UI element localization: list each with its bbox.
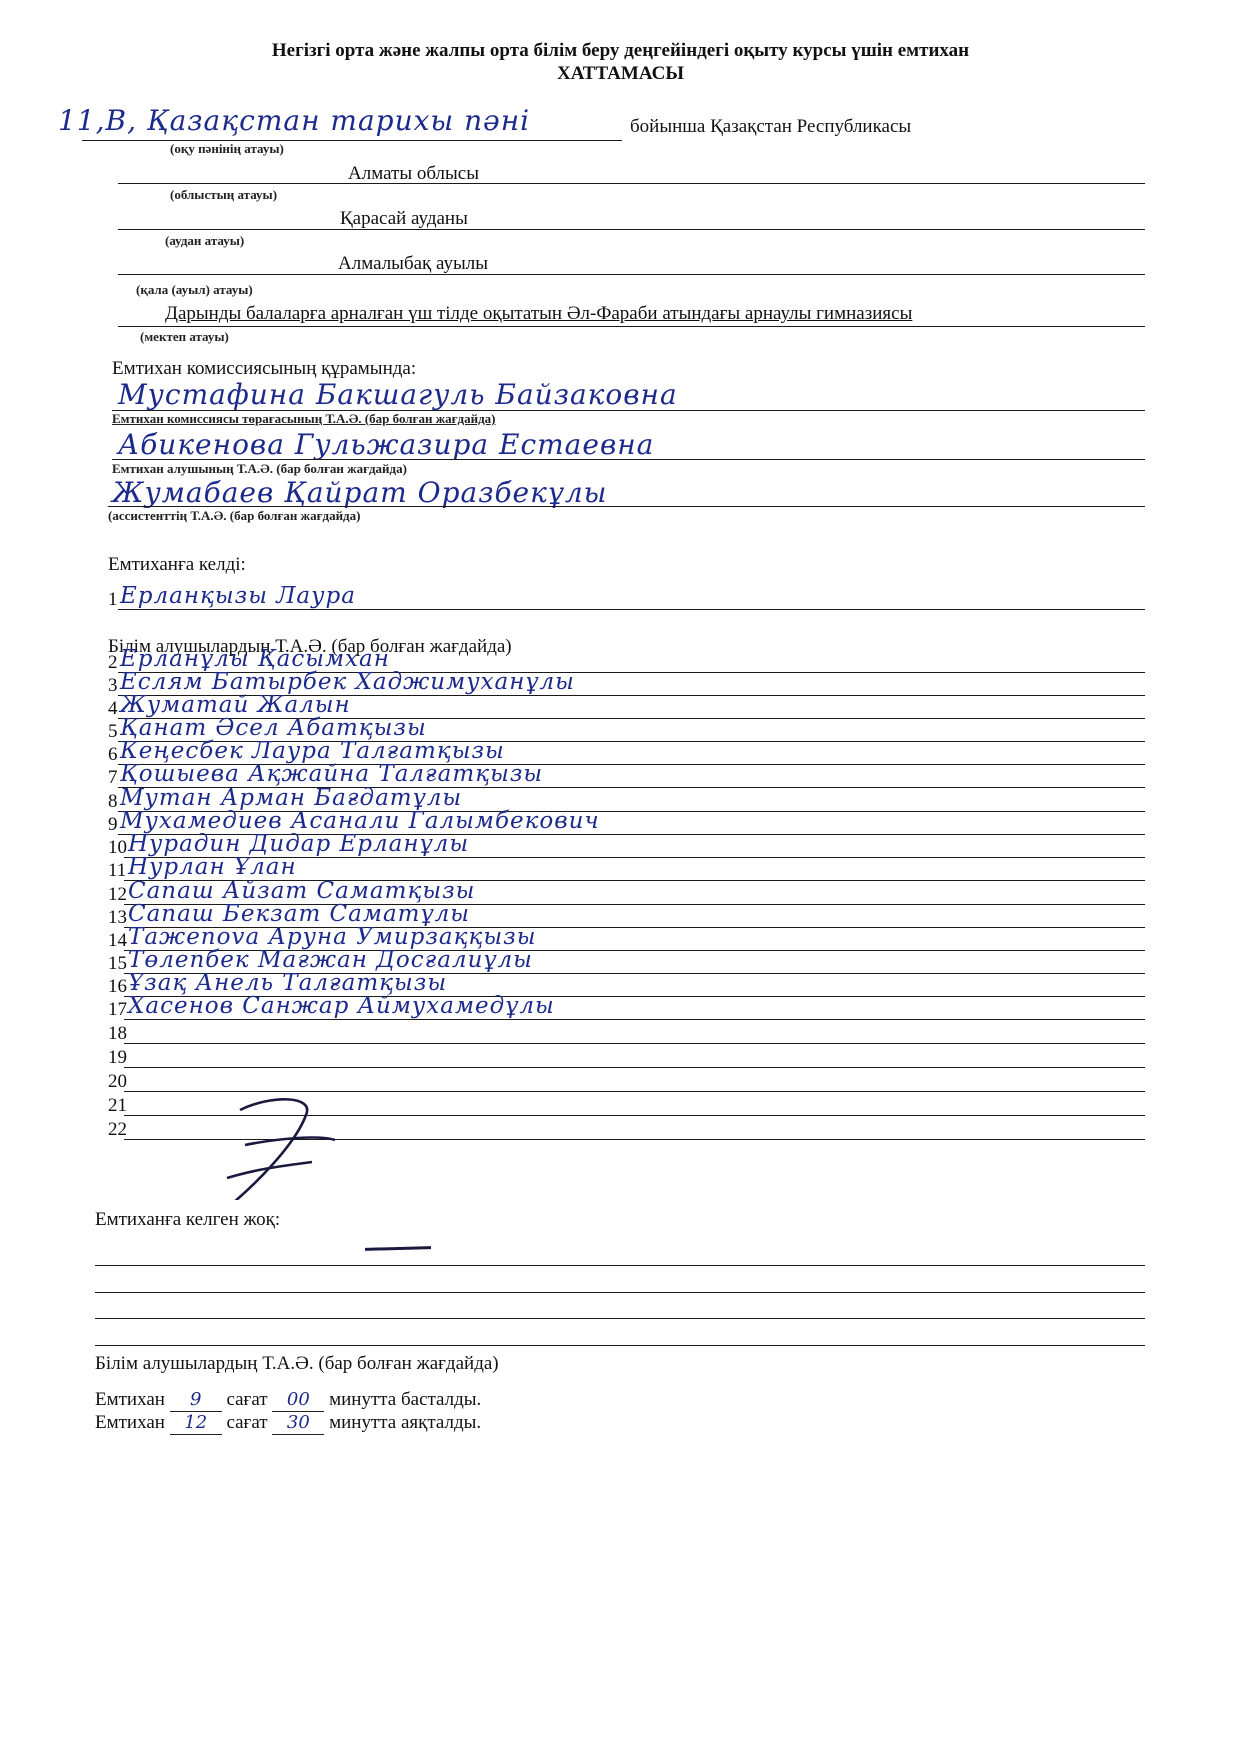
student-row-line — [118, 609, 1145, 610]
end-prefix: Емтихан — [95, 1412, 165, 1433]
absent-line-2 — [95, 1292, 1145, 1293]
locality-line — [118, 274, 1145, 275]
commission-heading: Емтихан комиссиясының құрамында: — [112, 358, 416, 380]
attended-heading: Емтиханға келді: — [108, 554, 246, 576]
student-row-line — [124, 1043, 1145, 1044]
start-time-row: Емтихан 9 сағат 00 минутта басталды. — [95, 1389, 481, 1412]
end-hour-unit: сағат — [226, 1412, 267, 1433]
student-number: 19 — [108, 1047, 138, 1069]
student-name: Хасенов Санжар Аймухамедұлы — [128, 993, 555, 1019]
district-value: Қарасай ауданы — [340, 208, 468, 230]
region-caption: (облыстың атауы) — [170, 187, 277, 203]
subject-value: 11,В, Қазақстан тарихы пәні — [58, 104, 530, 137]
absent-caption: Білім алушылардың Т.А.Ә. (бар болған жағ… — [95, 1353, 499, 1375]
absent-heading: Емтиханға келген жоқ: — [95, 1209, 280, 1231]
student-number: 21 — [108, 1095, 138, 1117]
cancel-z-mark — [200, 1090, 420, 1200]
absent-line-1 — [95, 1265, 1145, 1266]
document-subtitle: ХАТТАМАСЫ — [0, 63, 1241, 85]
document-title: Негізгі орта және жалпы орта білім беру … — [0, 40, 1241, 62]
end-time-row: Емтихан 12 сағат 30 минутта аяқталды. — [95, 1412, 481, 1435]
student-name: Қошыева Ақжайна Талғатқызы — [120, 761, 543, 787]
school-line — [118, 326, 1145, 327]
subject-line — [82, 140, 622, 141]
assistant-value: Жумабаев Қайрат Оразбекұлы — [112, 476, 607, 509]
district-line — [118, 229, 1145, 230]
assistant-line — [108, 506, 1145, 507]
student-number: 18 — [108, 1023, 138, 1045]
start-prefix: Емтихан — [95, 1389, 165, 1410]
region-line — [118, 183, 1145, 184]
start-minute: 00 — [272, 1389, 324, 1412]
locality-caption: (қала (ауыл) атауы) — [136, 282, 253, 298]
start-hour-unit: сағат — [226, 1389, 267, 1410]
locality-value: Алмалыбақ ауылы — [338, 253, 488, 275]
end-minute: 30 — [272, 1412, 324, 1435]
student-row-line — [124, 1019, 1145, 1020]
absent-line-4 — [95, 1345, 1145, 1346]
student-number: 20 — [108, 1071, 138, 1093]
subject-caption: (оқу пәнінің атауы) — [170, 141, 284, 157]
examiner-line — [112, 459, 1145, 460]
examiner-caption: Емтихан алушының Т.А.Ә. (бар болған жағд… — [112, 461, 407, 477]
start-suffix: минутта басталды. — [329, 1389, 481, 1410]
absent-line-3 — [95, 1318, 1145, 1319]
assistant-caption: (ассистенттің Т.А.Ә. (бар болған жағдайд… — [108, 508, 360, 524]
chair-caption: Емтихан комиссиясы төрағасының Т.А.Ә. (б… — [112, 411, 496, 427]
school-caption: (мектеп атауы) — [140, 329, 229, 345]
absent-dash-mark — [365, 1246, 431, 1251]
end-suffix: минутта аяқталды. — [329, 1412, 481, 1433]
region-value: Алматы облысы — [348, 163, 479, 185]
subject-suffix: бойынша Қазақстан Республикасы — [630, 116, 911, 138]
district-caption: (аудан атауы) — [165, 233, 244, 249]
student-name: Ерланқызы Лаура — [120, 583, 356, 609]
student-number: 22 — [108, 1119, 138, 1141]
start-hour: 9 — [170, 1389, 222, 1412]
student-row-line — [124, 1067, 1145, 1068]
end-hour: 12 — [170, 1412, 222, 1435]
chair-value: Мустафина Бакшагуль Байзаковна — [118, 378, 678, 411]
student-name: Нурлан Ұлан — [128, 854, 297, 880]
examiner-value: Абикенова Гульжазира Естаевна — [118, 428, 654, 461]
school-value: Дарынды балаларға арналған үш тілде оқыт… — [165, 303, 912, 325]
